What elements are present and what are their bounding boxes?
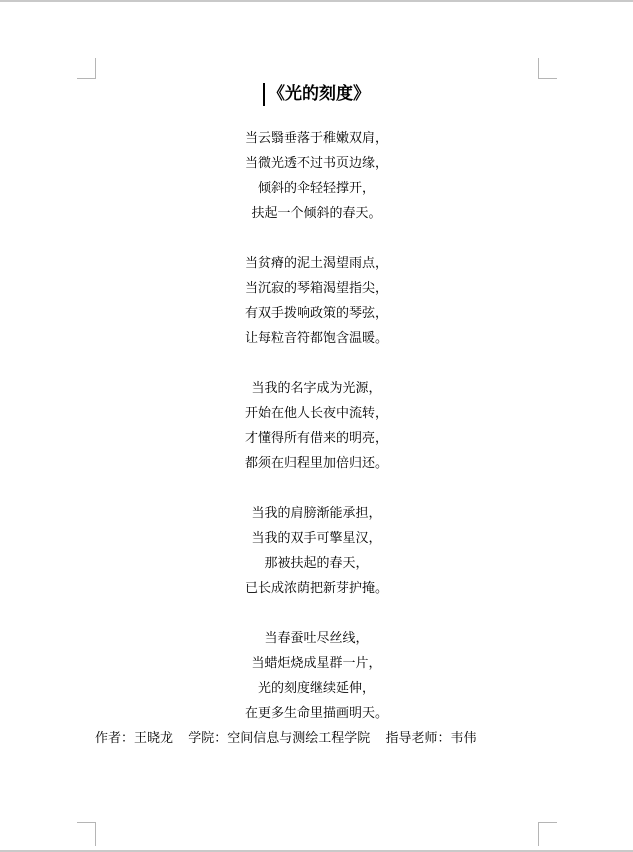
poem-line: 当我的肩膀渐能承担， bbox=[0, 500, 633, 525]
poem-line: 当云翳垂落于稚嫩双肩， bbox=[0, 125, 633, 150]
poem-line: 光的刻度继续延伸， bbox=[0, 675, 633, 700]
byline: 作者：王晓龙 学院：空间信息与测绘工程学院 指导老师：韦伟 bbox=[0, 725, 633, 750]
poem-line: 当我的名字成为光源， bbox=[0, 375, 633, 400]
margin-mark-bottom-left bbox=[77, 822, 96, 846]
poem-line: 都须在归程里加倍归还。 bbox=[0, 450, 633, 475]
stanza-5: 当春蚕吐尽丝线， 当蜡炬烧成星群一片， 光的刻度继续延伸， 在更多生命里描画明天… bbox=[0, 625, 633, 725]
poem-body: 当云翳垂落于稚嫩双肩， 当微光透不过书页边缘， 倾斜的伞轻轻撑开， 扶起一个倾斜… bbox=[0, 125, 633, 750]
poem-line: 在更多生命里描画明天。 bbox=[0, 700, 633, 725]
poem-line: 让每粒音符都饱含温暖。 bbox=[0, 325, 633, 350]
byline-advisor: 指导老师：韦伟 bbox=[386, 730, 477, 745]
margin-mark-top-left bbox=[77, 58, 96, 79]
stanza-4: 当我的肩膀渐能承担， 当我的双手可擎星汉， 那被扶起的春天， 已长成浓荫把新芽护… bbox=[0, 500, 633, 600]
poem-line: 那被扶起的春天， bbox=[0, 550, 633, 575]
poem-line: 当春蚕吐尽丝线， bbox=[0, 625, 633, 650]
poem-line: 当贫瘠的泥土渴望雨点， bbox=[0, 250, 633, 275]
poem-line: 开始在他人长夜中流转， bbox=[0, 400, 633, 425]
stanza-2: 当贫瘠的泥土渴望雨点， 当沉寂的琴箱渴望指尖， 有双手拨响政策的琴弦， 让每粒音… bbox=[0, 250, 633, 350]
poem-line: 有双手拨响政策的琴弦， bbox=[0, 300, 633, 325]
poem-title: 《光的刻度》 bbox=[268, 82, 370, 106]
poem-line: 已长成浓荫把新芽护掩。 bbox=[0, 575, 633, 600]
byline-author: 作者：王晓龙 bbox=[95, 730, 173, 745]
poem-line: 当沉寂的琴箱渴望指尖， bbox=[0, 275, 633, 300]
poem-line: 倾斜的伞轻轻撑开， bbox=[0, 175, 633, 200]
poem-line: 扶起一个倾斜的春天。 bbox=[0, 200, 633, 225]
text-cursor bbox=[263, 83, 265, 106]
document-page: 《光的刻度》 当云翳垂落于稚嫩双肩， 当微光透不过书页边缘， 倾斜的伞轻轻撑开，… bbox=[0, 0, 633, 852]
title-row: 《光的刻度》 bbox=[0, 82, 633, 106]
page-edge-top bbox=[0, 0, 633, 2]
poem-line: 当蜡炬烧成星群一片， bbox=[0, 650, 633, 675]
margin-mark-bottom-right bbox=[538, 822, 557, 846]
margin-mark-top-right bbox=[538, 58, 557, 79]
poem-line: 才懂得所有借来的明亮， bbox=[0, 425, 633, 450]
byline-college: 学院：空间信息与测绘工程学院 bbox=[188, 730, 370, 745]
stanza-1: 当云翳垂落于稚嫩双肩， 当微光透不过书页边缘， 倾斜的伞轻轻撑开， 扶起一个倾斜… bbox=[0, 125, 633, 225]
poem-line: 当我的双手可擎星汉， bbox=[0, 525, 633, 550]
poem-line: 当微光透不过书页边缘， bbox=[0, 150, 633, 175]
stanza-3: 当我的名字成为光源， 开始在他人长夜中流转， 才懂得所有借来的明亮， 都须在归程… bbox=[0, 375, 633, 475]
